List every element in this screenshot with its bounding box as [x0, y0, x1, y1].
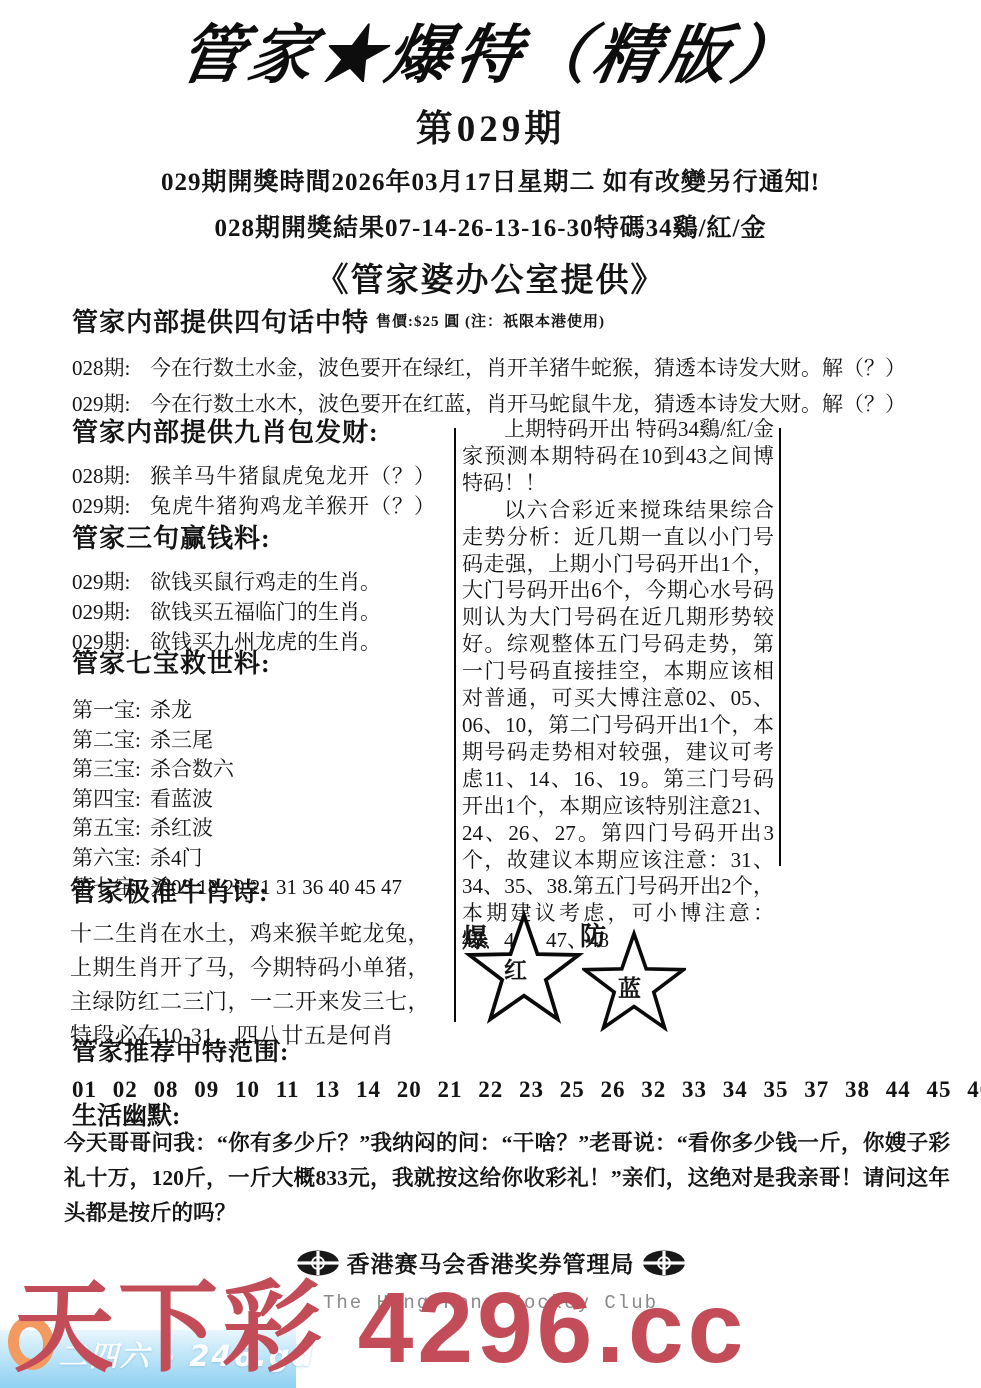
tip-row: 028期: 今在行数土水金，波色要开在绿红，肖开羊猪牛蛇猴，猜透本诗发大财。解（…: [72, 353, 952, 383]
tip-row: 028期: 猴羊马牛猪鼠虎兔龙开（？）: [72, 461, 462, 491]
section-zodiac-poem: 管家极准牛肖诗: 十二生肖在水土，鸡来猴羊蛇龙兔， 上期生肖开了马，今期特码小单…: [70, 872, 470, 1053]
column-divider-right: [779, 428, 781, 866]
treasure-text: 看蓝波: [150, 785, 213, 815]
treasure-label: 第五宝:: [72, 814, 150, 844]
treasure-text: 杀龙: [150, 696, 192, 726]
treasure-label: 第四宝:: [72, 785, 150, 815]
period-label: 029期:: [72, 567, 150, 597]
star-label-guard: 防: [580, 916, 606, 953]
period-label: 028期:: [72, 461, 150, 491]
treasure-label: 第二宝:: [72, 726, 150, 756]
section-four-sentence: 管家内部提供四句话中特 028期: 今在行数土水金，波色要开在绿红，肖开羊猪牛蛇…: [72, 302, 952, 419]
section-heading: 管家内部提供四句话中特: [72, 302, 952, 339]
analysis-paragraph: 以六合彩近来搅珠结果综合走势分析：近几期一直以小门号码走强，上期小门号码开出1个…: [462, 497, 774, 954]
period-label: 029期:: [72, 597, 150, 627]
section-nine-zodiac: 管家内部提供九肖包发财: 028期: 猴羊马牛猪鼠虎兔龙开（？） 029期: 兔…: [72, 412, 462, 521]
section-heading: 管家推荐中特范围:: [72, 1032, 952, 1068]
star-warning-area: 爆 红 防 蓝: [458, 900, 778, 1050]
analysis-paragraph: 上期特码开出 特码34鷄/紅/金家预测本期特码在10到43之间博特码！！: [462, 416, 774, 497]
poem-line: 主绿防红二三门，一二开来发三七，: [70, 985, 470, 1019]
poem-line: 十二生肖在水土，鸡来猴羊蛇龙兔，: [70, 917, 470, 951]
tip-row: 029期: 兔虎牛猪狗鸡龙羊猴开（？）: [72, 491, 462, 521]
treasure-row: 第一宝: 杀龙: [72, 696, 472, 726]
treasure-row: 第二宝: 杀三尾: [72, 726, 472, 756]
tip-text: 欲钱买鼠行鸡走的生肖。: [150, 567, 381, 597]
section-seven-treasures: 管家七宝救世料: 第一宝: 杀龙 第二宝: 杀三尾 第三宝: 杀合数六 第四宝:…: [72, 643, 472, 903]
provider-line: 《管家婆办公室提供》: [0, 254, 981, 301]
treasure-text: 杀4门: [150, 844, 203, 874]
tip-row: 029期: 欲钱买鼠行鸡走的生肖。: [72, 567, 462, 597]
tip-text: 兔虎牛猪狗鸡龙羊猴开（？）: [150, 491, 436, 521]
page-title: 管家★爆特（精版）: [173, 16, 808, 96]
analysis-column: 上期特码开出 特码34鷄/紅/金家预测本期特码在10到43之间博特码！！ 以六合…: [462, 416, 774, 954]
treasure-row: 第四宝: 看蓝波: [72, 785, 472, 815]
poem-line: 上期生肖开了马，今期特码小单猪，: [70, 951, 470, 985]
tip-text: 今在行数土水金，波色要开在绿红，肖开羊猪牛蛇猴，猜透本诗发大财。解（？）: [150, 353, 906, 383]
treasure-text: 杀红波: [150, 814, 213, 844]
treasure-text: 杀三尾: [150, 726, 213, 756]
humor-text: 今天哥哥问我：“你有多少斤？”我纳闷的问：“干啥？”老哥说：“看你多少钱一斤，你…: [64, 1126, 950, 1231]
treasure-row: 第五宝: 杀红波: [72, 814, 472, 844]
section-heading: 管家内部提供九肖包发财:: [72, 412, 462, 449]
lottery-tip-sheet: 管家★爆特（精版） 第029期 029期開獎時間2026年03月17日星期二 如…: [0, 0, 981, 1388]
section-heading: 管家三句赢钱料:: [72, 518, 462, 555]
recommended-numbers: 01 02 08 09 10 11 13 14 20 21 22 23 25 2…: [72, 1077, 952, 1103]
treasure-row: 第六宝: 杀4门: [72, 844, 472, 874]
star-label-burst: 爆: [462, 918, 488, 955]
period-label: 029期:: [72, 491, 150, 521]
site-watermark: 天下彩 4296.cc: [14, 1278, 747, 1378]
tip-row: 029期: 欲钱买五福临门的生肖。: [72, 597, 462, 627]
section-heading: 管家极准牛肖诗:: [70, 872, 470, 909]
treasure-label: 第三宝:: [72, 755, 150, 785]
treasure-label: 第一宝:: [72, 696, 150, 726]
section-three-sentence: 管家三句赢钱料: 029期: 欲钱买鼠行鸡走的生肖。 029期: 欲钱买五福临门…: [72, 518, 462, 657]
star-label-red: 红: [504, 952, 527, 985]
treasure-row: 第三宝: 杀合数六: [72, 755, 472, 785]
star-label-blue: 蓝: [618, 970, 641, 1003]
treasure-label: 第六宝:: [72, 844, 150, 874]
issue-number: 第029期: [0, 98, 981, 152]
treasure-text: 杀合数六: [150, 755, 234, 785]
last-result-line: 028期開獎結果07-14-26-13-16-30特碼34鷄/紅/金: [0, 208, 981, 244]
header: 管家★爆特（精版） 第029期 029期開獎時間2026年03月17日星期二 如…: [0, 16, 981, 331]
section-heading: 管家七宝救世料:: [72, 643, 472, 680]
period-label: 028期:: [72, 353, 150, 383]
tip-text: 欲钱买五福临门的生肖。: [150, 597, 381, 627]
tip-text: 猴羊马牛猪鼠虎兔龙开（？）: [150, 461, 436, 491]
column-divider-left: [454, 428, 456, 1022]
section-recommend-range: 管家推荐中特范围: 01 02 08 09 10 11 13 14 20 21 …: [72, 1032, 952, 1103]
draw-time-line: 029期開獎時間2026年03月17日星期二 如有改變另行通知!: [0, 162, 981, 198]
